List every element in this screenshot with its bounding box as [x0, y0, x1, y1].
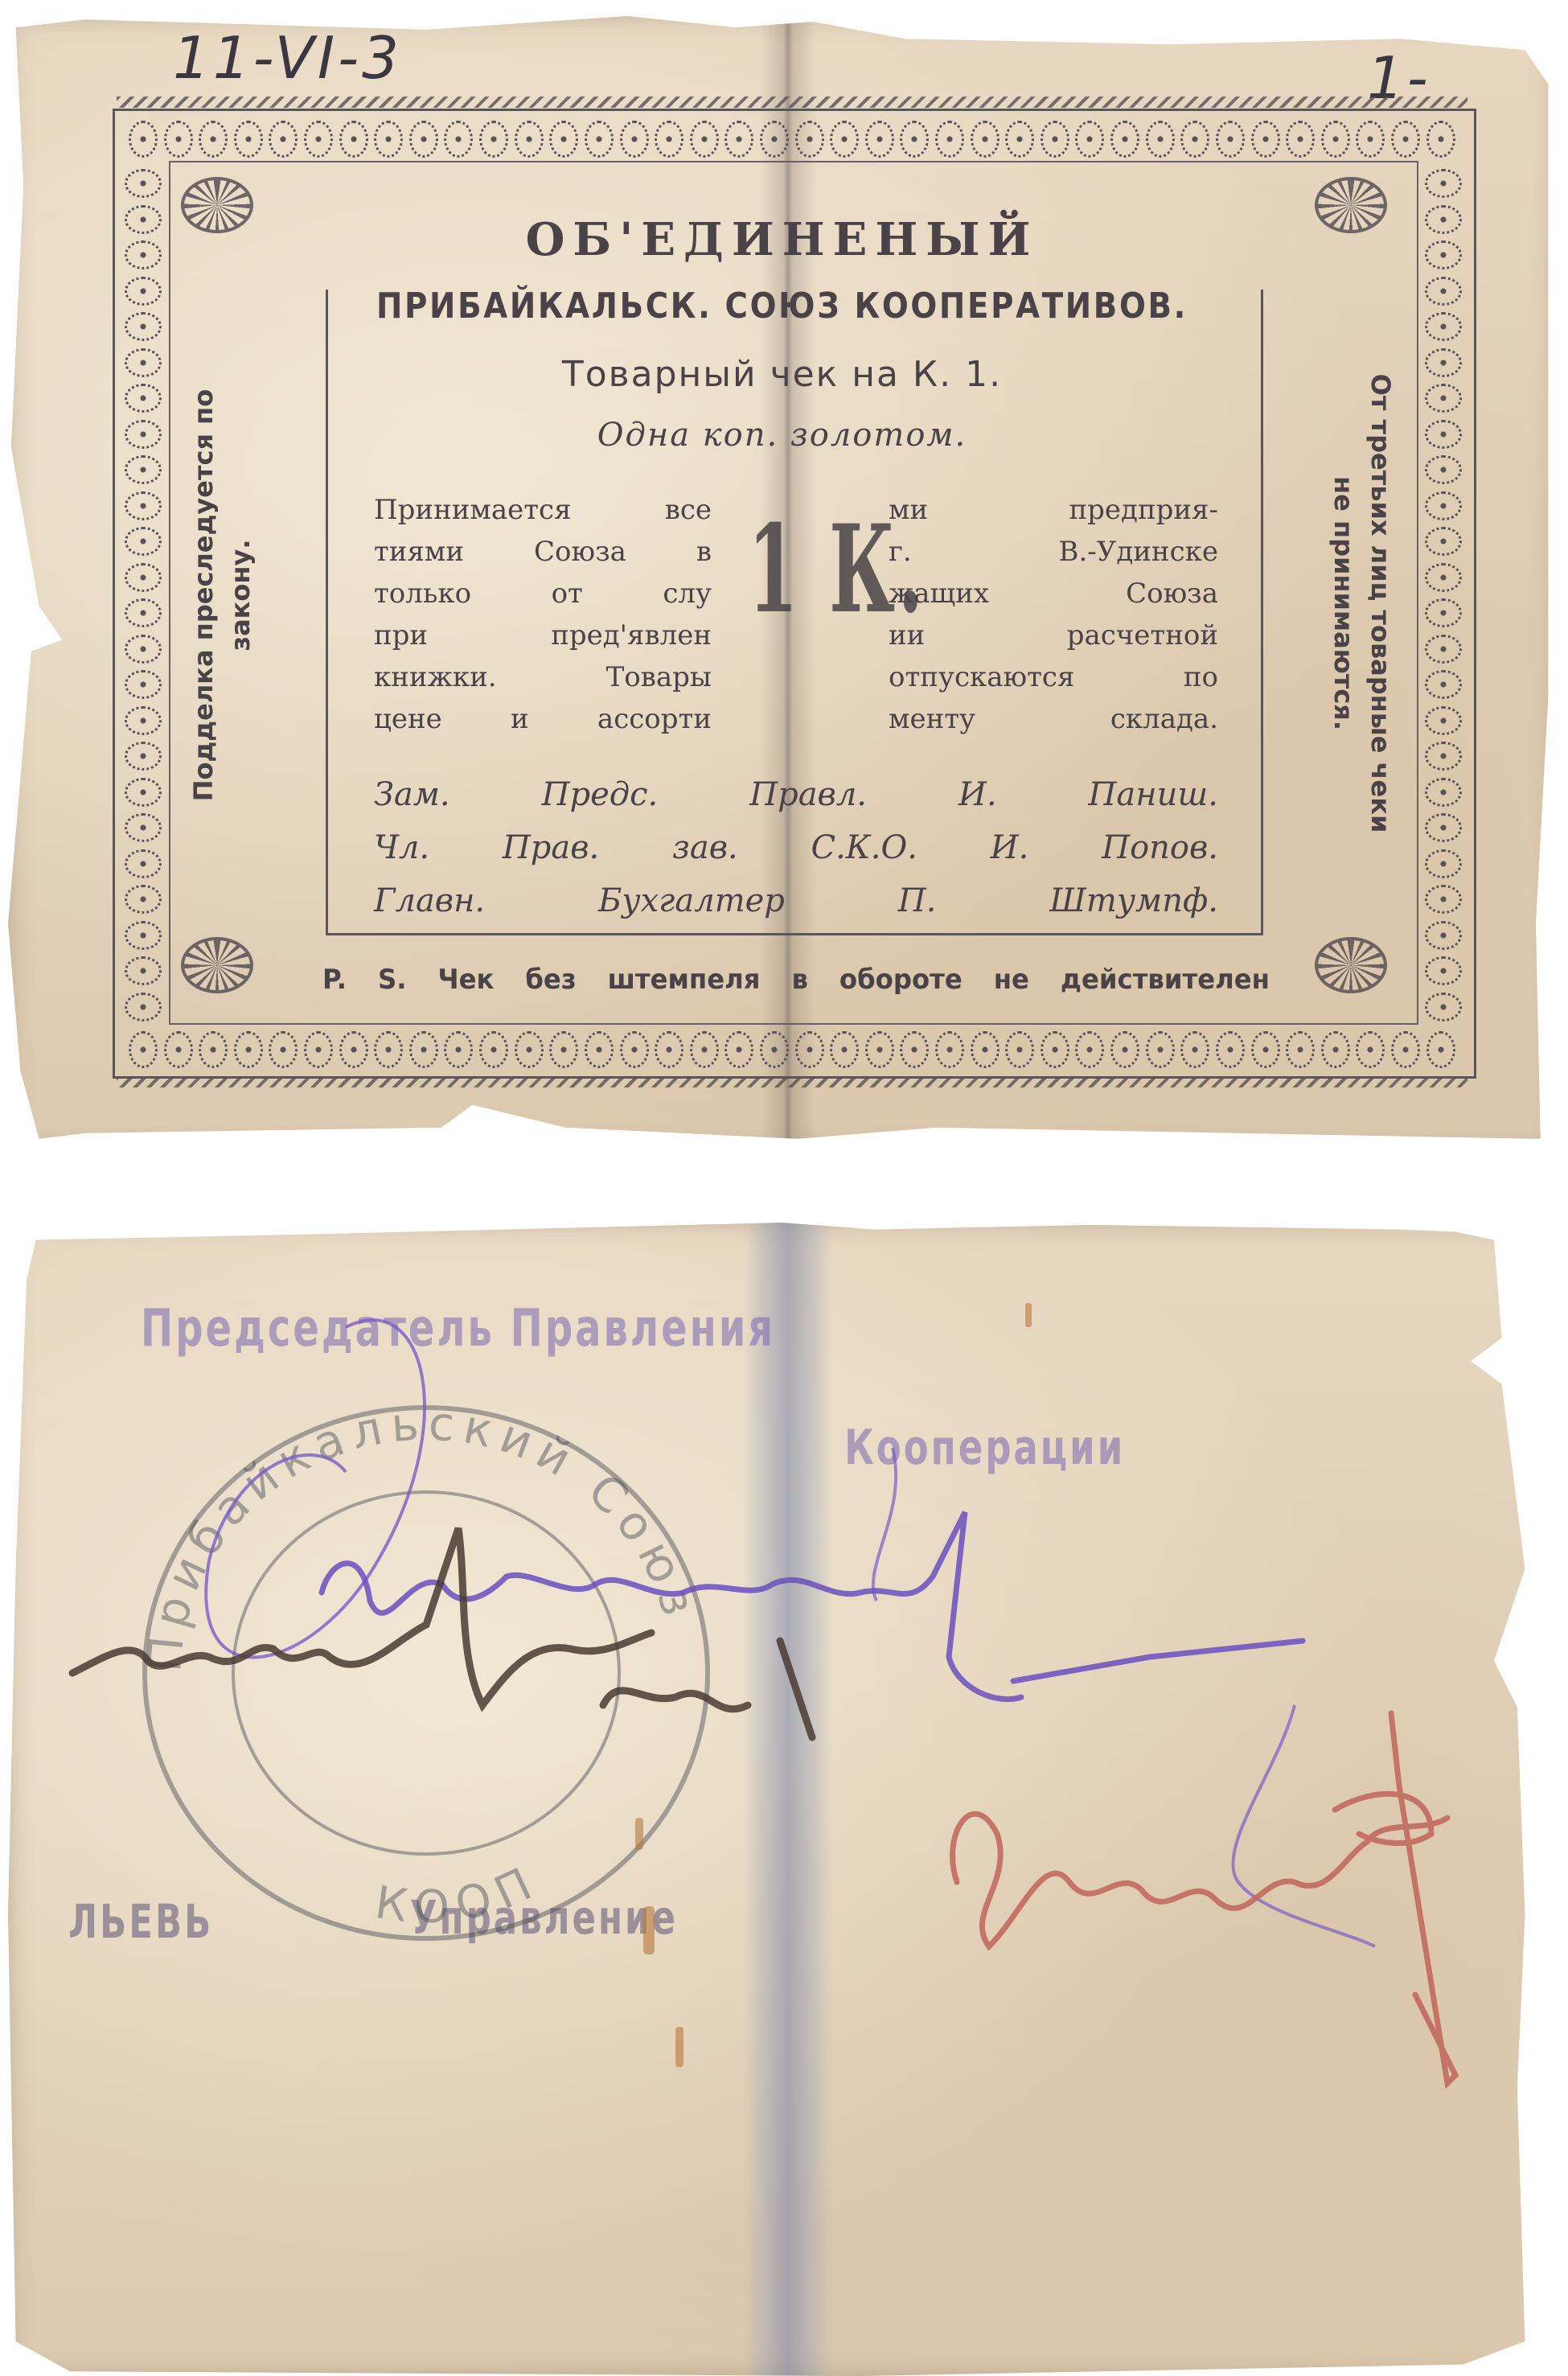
rosette-ornament-icon: [1426, 1031, 1455, 1068]
union-title: ОБ'ЕДИНЕНЫЙ: [8, 213, 1556, 266]
rosette-ornament-icon: [655, 121, 683, 158]
rosette-ornament-icon: [304, 121, 333, 158]
rosette-ornament-icon: [1391, 121, 1420, 158]
rosette-border-top: [129, 121, 1455, 158]
rosette-ornament-icon: [1251, 121, 1280, 158]
rosette-ornament-icon: [620, 121, 649, 158]
rosette-ornament-icon: [479, 121, 508, 158]
rosette-ornament-icon: [125, 670, 162, 699]
rosette-ornament-icon: [269, 1031, 298, 1068]
rosette-ornament-icon: [1425, 742, 1462, 771]
rosette-ornament-icon: [125, 849, 162, 878]
rosette-ornament-icon: [760, 121, 789, 158]
rosette-ornament-icon: [865, 121, 894, 158]
rosette-ornament-icon: [304, 1031, 333, 1068]
validity-note: P. S. Чек без штемпеля в обороте не дейс…: [322, 964, 1270, 996]
rosette-ornament-icon: [1146, 1031, 1175, 1068]
third-party-warning: От третьих лиц товарные чеки не принимаю…: [1311, 322, 1407, 885]
counterfeit-warning: Подделка преследуется по закону.: [177, 346, 273, 845]
terms-line: при пред'явлен: [374, 615, 712, 656]
rosette-ornament-icon: [125, 706, 162, 735]
terms-line: Принимается все: [374, 489, 712, 531]
rosette-ornament-icon: [1425, 778, 1462, 807]
rosette-ornament-icon: [971, 1031, 999, 1068]
rosette-ornament-icon: [269, 121, 298, 158]
terms-line: менту склада.: [889, 698, 1218, 740]
rosette-ornament-icon: [1321, 121, 1350, 158]
rosette-ornament-icon: [1425, 813, 1462, 842]
red-signature-icon: [953, 1713, 1455, 2083]
rosette-ornament-icon: [129, 121, 158, 158]
rosette-ornament-icon: [724, 1031, 753, 1068]
rosette-ornament-icon: [1356, 1031, 1385, 1068]
rosette-ornament-icon: [724, 121, 753, 158]
wavy-border-bottom: [117, 1076, 1467, 1087]
rosette-ornament-icon: [1110, 1031, 1139, 1068]
rosette-ornament-icon: [409, 1031, 438, 1068]
corner-fan-ornament-icon: [181, 937, 253, 993]
rosette-ornament-icon: [1251, 1031, 1280, 1068]
rosette-ornament-icon: [865, 1031, 894, 1068]
rosette-ornament-icon: [1180, 121, 1209, 158]
rosette-ornament-icon: [125, 956, 162, 985]
side-text-line: закону.: [222, 346, 259, 845]
rosette-ornament-icon: [1041, 121, 1069, 158]
rosette-ornament-icon: [164, 1031, 193, 1068]
rosette-ornament-icon: [1425, 849, 1462, 878]
rosette-ornament-icon: [690, 1031, 719, 1068]
rosette-ornament-icon: [1110, 121, 1139, 158]
rosette-ornament-icon: [339, 121, 368, 158]
terms-line: отпускаются по: [889, 656, 1218, 698]
rosette-ornament-icon: [549, 1031, 578, 1068]
rosette-ornament-icon: [125, 993, 162, 1022]
rosette-ornament-icon: [795, 1031, 824, 1068]
rosette-ornament-icon: [479, 1031, 508, 1068]
rosette-ornament-icon: [690, 121, 719, 158]
rosette-ornament-icon: [795, 121, 824, 158]
rosette-ornament-icon: [1425, 635, 1462, 664]
rosette-ornament-icon: [125, 742, 162, 771]
side-text-line: не принимаются.: [1325, 322, 1362, 885]
rosette-ornament-icon: [1425, 598, 1462, 627]
rosette-ornament-icon: [585, 121, 614, 158]
rosette-ornament-icon: [1005, 121, 1034, 158]
terms-text-right: ми предприя- г. В.-Удинске жащих Союза и…: [889, 489, 1218, 740]
rosette-ornament-icon: [620, 1031, 649, 1068]
rosette-ornament-icon: [971, 121, 999, 158]
union-name: ПРИБАЙКАЛЬСК. СОЮЗ КООПЕРАТИВОВ.: [101, 286, 1463, 327]
rosette-ornament-icon: [655, 1031, 683, 1068]
rosette-ornament-icon: [1425, 921, 1462, 950]
rosette-ornament-icon: [339, 1031, 368, 1068]
rosette-ornament-icon: [409, 121, 438, 158]
rosette-ornament-icon: [125, 598, 162, 627]
rosette-ornament-icon: [1041, 1031, 1069, 1068]
rosette-ornament-icon: [1216, 1031, 1245, 1068]
rosette-ornament-icon: [125, 885, 162, 914]
rosette-ornament-icon: [1286, 121, 1315, 158]
rosette-ornament-icon: [234, 121, 263, 158]
rosette-ornament-icon: [1425, 670, 1462, 699]
stamps-and-signatures: Прибайкальский Союз КООП: [8, 1223, 1556, 2376]
rosette-ornament-icon: [515, 121, 544, 158]
rosette-ornament-icon: [125, 778, 162, 807]
rosette-ornament-icon: [1425, 993, 1462, 1022]
rosette-ornament-icon: [1075, 121, 1104, 158]
rosette-ornament-icon: [1425, 169, 1462, 198]
signature-line: Чл. Прав. зав. С.К.О. И. Попов.: [374, 821, 1218, 874]
rosette-ornament-icon: [125, 635, 162, 664]
rosette-ornament-icon: [1391, 1031, 1420, 1068]
rosette-border-bottom: [129, 1031, 1455, 1068]
rosette-ornament-icon: [515, 1031, 544, 1068]
rosette-ornament-icon: [1425, 491, 1462, 520]
rosette-ornament-icon: [935, 1031, 964, 1068]
terms-line: книжки. Товары: [374, 656, 712, 698]
rosette-ornament-icon: [1321, 1031, 1350, 1068]
rosette-ornament-icon: [1425, 527, 1462, 556]
rosette-ornament-icon: [830, 1031, 859, 1068]
rosette-ornament-icon: [444, 121, 473, 158]
rosette-ornament-icon: [125, 527, 162, 556]
rosette-ornament-icon: [199, 121, 228, 158]
terms-text-left: Принимается все тиями Союза в только от …: [374, 489, 712, 740]
side-text-line: От третьих лиц товарные чеки: [1362, 322, 1399, 885]
rosette-ornament-icon: [1425, 956, 1462, 985]
rosette-ornament-icon: [900, 121, 929, 158]
rosette-ornament-icon: [900, 1031, 929, 1068]
rosette-ornament-icon: [549, 121, 578, 158]
signature-line: Главн. Бухгалтер П. Штумпф.: [374, 874, 1218, 927]
rosette-ornament-icon: [164, 121, 193, 158]
rosette-ornament-icon: [935, 121, 964, 158]
rosette-ornament-icon: [125, 169, 162, 198]
rosette-ornament-icon: [129, 1031, 158, 1068]
corner-fan-ornament-icon: [1315, 937, 1387, 993]
note-back: Председатель Правления Кооперации ЛЬЕВЬ …: [8, 1223, 1556, 2376]
handwritten-date-note: 11-VI-3: [173, 24, 402, 92]
rosette-ornament-icon: [1426, 121, 1455, 158]
rosette-ornament-icon: [125, 491, 162, 520]
rosette-ornament-icon: [234, 1031, 263, 1068]
wavy-border-top: [117, 97, 1467, 108]
rosette-ornament-icon: [125, 563, 162, 592]
note-front: 11-VI-3 1- ОБ'ЕДИНЕНЫЙ ПРИБАЙКАЛЬСК. СОЮ…: [8, 16, 1556, 1150]
rosette-ornament-icon: [374, 121, 403, 158]
rosette-ornament-icon: [1425, 563, 1462, 592]
terms-line: тиями Союза в: [374, 531, 712, 573]
rosette-ornament-icon: [444, 1031, 473, 1068]
rosette-ornament-icon: [1075, 1031, 1104, 1068]
terms-line: цене и ассорти: [374, 698, 712, 740]
rosette-ornament-icon: [760, 1031, 789, 1068]
terms-line: жащих Союза: [889, 573, 1218, 615]
rosette-ornament-icon: [125, 813, 162, 842]
rosette-ornament-icon: [1180, 1031, 1209, 1068]
side-text-line: Подделка преследуется по: [185, 346, 222, 845]
rosette-ornament-icon: [1356, 121, 1385, 158]
terms-line: только от слу: [374, 573, 712, 615]
rosette-ornament-icon: [1216, 121, 1245, 158]
officer-signatures: Зам. Предс. Правл. И. Паниш. Чл. Прав. з…: [374, 768, 1218, 927]
terms-line: г. В.-Удинске: [889, 531, 1218, 573]
rosette-ornament-icon: [1286, 1031, 1315, 1068]
rosette-ornament-icon: [1146, 121, 1175, 158]
rosette-ornament-icon: [374, 1031, 403, 1068]
rosette-ornament-icon: [1425, 706, 1462, 735]
rosette-ornament-icon: [585, 1031, 614, 1068]
rosette-ornament-icon: [1005, 1031, 1034, 1068]
rosette-ornament-icon: [199, 1031, 228, 1068]
signature-line: Зам. Предс. Правл. И. Паниш.: [374, 768, 1218, 821]
terms-line: ии расчетной: [889, 615, 1218, 656]
rosette-ornament-icon: [125, 455, 162, 484]
rosette-ornament-icon: [1425, 885, 1462, 914]
terms-line: ми предприя-: [889, 489, 1218, 531]
rosette-ornament-icon: [1425, 455, 1462, 484]
rosette-ornament-icon: [125, 921, 162, 950]
rosette-ornament-icon: [830, 121, 859, 158]
